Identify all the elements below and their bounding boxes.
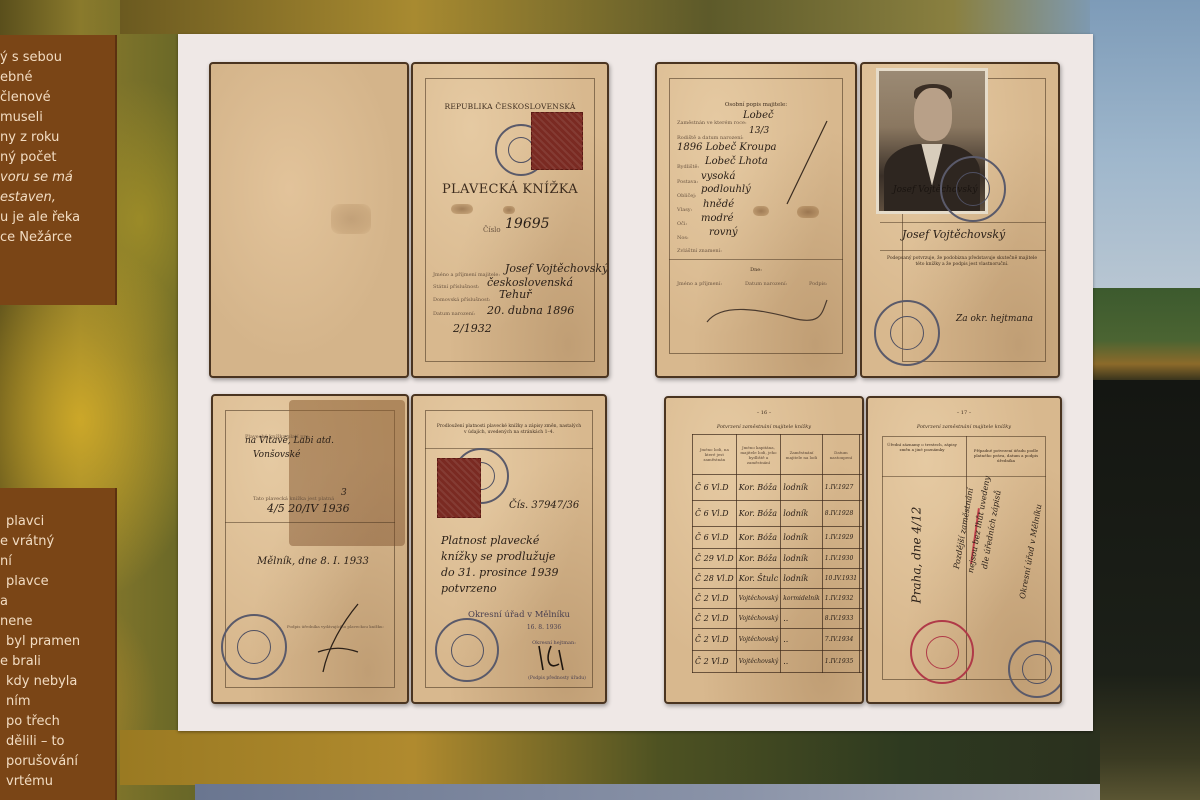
field-value: vysoká xyxy=(701,171,735,182)
text-line: ní xyxy=(0,552,117,572)
field-value: rovný xyxy=(709,227,738,238)
field-label: Vlasy: xyxy=(677,207,692,213)
number-label: Číslo xyxy=(483,226,501,234)
cell: 31.X.1928 xyxy=(860,501,864,527)
cell: 1.IV.1927 xyxy=(822,475,859,501)
field-label: Obličej: xyxy=(677,193,697,199)
background-foliage-top xyxy=(120,0,1100,34)
ledger-heading: Potvrzení zaměstnání majitele knížky xyxy=(666,424,862,430)
text-line: estaven, xyxy=(0,188,117,208)
cell: Č 29 Vl.D xyxy=(693,549,737,569)
cell: Vojtěchovský xyxy=(736,609,781,629)
cell: Č 2 Vl.D xyxy=(693,589,737,609)
text-line: plavci xyxy=(0,512,117,532)
column-header: Datum nastoupení xyxy=(822,435,859,475)
cell: Kor. Bóža xyxy=(736,501,781,527)
booklet-employment-record: – 16 – Potvrzení zaměstnání majitele kní… xyxy=(664,396,1062,704)
photo-id-page: Josef Vojtěchovský Josef Vojtěchovský Po… xyxy=(860,62,1060,378)
validity-duration-value: 3 xyxy=(341,488,347,498)
employment-table: Jméno lodi, na které jest zaměstnán Jmén… xyxy=(692,434,864,673)
text-line: vrtému xyxy=(0,772,117,792)
section-divider xyxy=(880,222,1046,223)
page-number: – 17 – xyxy=(868,410,1060,416)
text-line: plavce xyxy=(0,572,117,592)
page-number: – 16 – xyxy=(666,410,862,416)
text-line: porušování xyxy=(0,752,117,772)
cell: 30.X.1933 xyxy=(860,609,864,629)
water-stain xyxy=(289,400,405,546)
booklet-validity: Plavecká knížka platí pro: na Vltavě, La… xyxy=(211,394,607,704)
field-label-birth: Datum narození: xyxy=(433,311,475,317)
validity-date: 4/5 20/IV 1936 xyxy=(267,502,350,515)
field-value: 13/3 xyxy=(749,126,769,136)
extension-header: Prodloužení platnosti plavecké knížky a … xyxy=(435,424,583,436)
info-text-panel-bottom: plavci e vrátný ní plavce a nene byl pra… xyxy=(0,488,117,800)
table-row: Č 28 Vl.DKor. Štulclodník10.IV.193115.XI… xyxy=(693,569,865,589)
extension-note-line: potvrzeno xyxy=(441,582,497,595)
booklet-personal-details: Osobní popis majitele: Zaměstnán ve kter… xyxy=(655,62,1062,378)
table-row: Č 2 Vl.DVojtěchovskýkormidelník1.IV.1932… xyxy=(693,589,865,609)
cell: .. xyxy=(781,651,822,673)
validity-left-page: Plavecká knížka platí pro: na Vltavě, La… xyxy=(211,394,409,704)
cell: 30.IX.1929 xyxy=(860,527,864,549)
cell: 1.IV.1929 xyxy=(822,527,859,549)
cell: lodník xyxy=(781,549,822,569)
field-label: Zaměstnán ve kterém roce: xyxy=(677,120,747,126)
validity-field-value: Vonšovské xyxy=(253,450,300,460)
office-stamp xyxy=(1008,640,1062,698)
cell: Vojtěchovský xyxy=(736,629,781,651)
table-row: Č 6 Vl.DKor. Bóžalodník1.IV.192730.IX.19… xyxy=(693,475,865,501)
field-value: Lobeč Lhota xyxy=(705,156,768,167)
cell: 31.X.1930 xyxy=(860,549,864,569)
extension-note-line: do 31. prosince 1939 xyxy=(441,566,558,579)
field-label: Postava: xyxy=(677,179,698,185)
field-label: Nos: xyxy=(677,235,689,241)
section-divider xyxy=(425,448,593,449)
office-stamp xyxy=(221,614,287,680)
office-stamp xyxy=(940,156,1006,222)
table-header-row: Jméno lodi, na které jest zaměstnán Jmén… xyxy=(693,435,865,475)
field-label-citizenship: Státní příslušnost: xyxy=(433,284,479,290)
text-line: ebné xyxy=(0,68,117,88)
validity-field-value: na Vltavě, Labi atd. xyxy=(245,436,334,446)
cell: .. xyxy=(781,629,822,651)
cell: Kor. Bóža xyxy=(736,549,781,569)
background-river xyxy=(1090,380,1200,800)
photo-confirmation-text: Podepsaný potvrzuje, že podobizna předst… xyxy=(886,256,1038,268)
column-header: Úřední záznamy o trestech, zápisy změn a… xyxy=(884,442,960,452)
text-line: nene xyxy=(0,612,117,632)
cell: Č 2 Vl.D xyxy=(693,629,737,651)
diagonal-line xyxy=(782,119,832,209)
text-line: u je ale řeka xyxy=(0,208,117,228)
paper-stain xyxy=(753,206,769,216)
field-value: 1896 Lobeč Kroupa xyxy=(677,142,776,153)
text-line: byl pramen xyxy=(0,632,117,652)
field-value-domicile: Tehuř xyxy=(499,288,531,301)
text-line: ny z roku xyxy=(0,128,117,148)
revenue-stamp xyxy=(531,112,583,170)
header-divider xyxy=(882,476,1046,477)
background-bottom-strip xyxy=(195,784,1100,800)
column-header: Jméno kapitána, majitele lodi, jeho bydl… xyxy=(736,435,781,475)
text-line: e brali xyxy=(0,652,117,672)
official-notes-page: – 17 – Potvrzení zaměstnání majitele kní… xyxy=(866,396,1062,704)
chief-signature xyxy=(533,640,573,676)
field-label: Bydliště: xyxy=(677,164,699,170)
red-official-seal xyxy=(910,620,974,684)
cell: Č 2 Vl.D xyxy=(693,609,737,629)
text-line: museli xyxy=(0,108,117,128)
notes-heading: Potvrzení zaměstnání majitele knížky xyxy=(868,424,1060,430)
field-value: modré xyxy=(701,213,734,224)
cell: Kor. Bóža xyxy=(736,475,781,501)
text-line: ce Nežárce xyxy=(0,228,117,248)
field-label: Zvláštní znamení: xyxy=(677,248,722,254)
text-line: ný počet xyxy=(0,148,117,168)
office-stamp xyxy=(874,300,940,366)
field-label: Rodiště a datum narození: xyxy=(677,135,744,141)
office-stamp xyxy=(435,618,499,682)
cell: Č 6 Vl.D xyxy=(693,475,737,501)
section-divider xyxy=(225,522,395,523)
booklet-cover-left-page xyxy=(209,62,409,378)
text-line: ním xyxy=(0,692,117,712)
column-header: Případné potvrzení úřadu podle platného … xyxy=(968,448,1044,463)
column-header: Jméno lodi, na které jest zaměstnán xyxy=(693,435,737,475)
cell: lodník xyxy=(781,569,822,589)
chief-signature-footer: (Podpis přednosty úřadu) xyxy=(509,676,605,681)
cell: .. xyxy=(781,609,822,629)
cell: Č 28 Vl.D xyxy=(693,569,737,589)
extension-reference: Čís. 37947/36 xyxy=(509,500,579,511)
personal-description-page: Osobní popis majitele: Zaměstnán ve kter… xyxy=(655,62,857,378)
footer-label-name: Jméno a příjmení: xyxy=(677,281,722,287)
text-line: po třech xyxy=(0,712,117,732)
background-sky xyxy=(1090,0,1200,290)
cell: Vojtěchovský xyxy=(736,651,781,673)
cell: lodník xyxy=(781,475,822,501)
validity-extension-page: Prodloužení platnosti plavecké knížky a … xyxy=(411,394,607,704)
cell: 1.IV.1930 xyxy=(822,549,859,569)
table-row: Č 2 Vl.DVojtěchovský..7.IV.193431.X.1934 xyxy=(693,629,865,651)
cell: Č 2 Vl.D xyxy=(693,651,737,673)
booklet-reference: 2/1932 xyxy=(453,322,492,335)
paper-stain xyxy=(331,204,371,234)
extension-note-line: knížky se prodlužuje xyxy=(441,550,555,563)
footer-label-date: Dne: xyxy=(657,267,855,273)
booklet-title: PLAVECKÁ KNÍŽKA xyxy=(413,182,607,197)
background-hills xyxy=(1090,288,1200,383)
column-header: Zaměstnání majitele na lodi xyxy=(781,435,822,475)
revenue-stamp xyxy=(437,458,481,518)
field-value-name: Josef Vojtěchovský xyxy=(505,262,608,275)
paper-stain xyxy=(451,204,473,214)
text-line: a xyxy=(0,592,117,612)
booklet-cover-title-page: REPUBLIKA ČESKOSLOVENSKÁ PLAVECKÁ KNÍŽKA… xyxy=(411,62,609,378)
cell: Vojtěchovský xyxy=(736,589,781,609)
handwritten-note-left: Praha, dne 4/12 xyxy=(909,507,923,604)
cell: Č 6 Vl.D xyxy=(693,527,737,549)
cell: 30.X.1935 xyxy=(860,651,864,673)
column-header: Datum vystoupení xyxy=(860,435,864,475)
cell: 15.XI.1931 xyxy=(860,569,864,589)
section-divider xyxy=(880,250,1046,251)
footer-label-signature: Podpis: xyxy=(809,281,827,287)
description-heading: Osobní popis majitele: xyxy=(657,102,855,108)
text-line: voru se má xyxy=(0,168,117,188)
text-line: ý s sebou xyxy=(0,48,117,68)
field-label-domicile: Domovská příslušnost: xyxy=(433,297,490,303)
field-value: hnědé xyxy=(703,199,734,210)
text-line: dělili – to xyxy=(0,732,117,752)
issuing-office-date: 16. 8. 1936 xyxy=(483,624,605,631)
section-divider xyxy=(669,259,843,260)
extension-note-line: Platnost plavecké xyxy=(441,534,539,547)
owner-signature: Josef Vojtěchovský xyxy=(902,228,1005,241)
table-row: Č 2 Vl.DVojtěchovský..1.IV.193530.X.1935 xyxy=(693,651,865,673)
issue-place-date: Mělník, dne 8. I. 1933 xyxy=(257,556,369,567)
booklet-cover: REPUBLIKA ČESKOSLOVENSKÁ PLAVECKÁ KNÍŽKA… xyxy=(209,62,609,378)
info-text-panel-top: ý s sebou ebné členové museli ny z roku … xyxy=(0,35,117,305)
cell: Kor. Štulc xyxy=(736,569,781,589)
cell: 30.IX.1927 xyxy=(860,475,864,501)
text-line: e vrátný xyxy=(0,532,117,552)
cell: Kor. Bóža xyxy=(736,527,781,549)
cell: lodník xyxy=(781,501,822,527)
cell: 7.IV.1934 xyxy=(822,629,859,651)
cell: 10.IV.1931 xyxy=(822,569,859,589)
issuer-signature xyxy=(313,602,373,682)
background-water-reflection xyxy=(120,730,1100,785)
text-line: členové xyxy=(0,88,117,108)
field-label: Oči: xyxy=(677,221,687,227)
cell: 8.IV.1928 xyxy=(822,501,859,527)
booklet-number: 19695 xyxy=(505,216,550,232)
paper-stain xyxy=(503,206,515,214)
cell: lodník xyxy=(781,527,822,549)
field-value-birth: 20. dubna 1896 xyxy=(487,304,574,317)
cell: 31.X.1934 xyxy=(860,629,864,651)
official-signature: Za okr. hejtmana xyxy=(956,314,1033,324)
table-row: Č 6 Vl.DKor. Bóžalodník8.IV.192831.X.192… xyxy=(693,501,865,527)
employment-ledger-page: – 16 – Potvrzení zaměstnání majitele kní… xyxy=(664,396,864,704)
text-line: kdy nebyla xyxy=(0,672,117,692)
table-row: Č 2 Vl.DVojtěchovský..8.IV.193330.X.1933 xyxy=(693,609,865,629)
cell: 8.IV.1933 xyxy=(822,609,859,629)
signature-scrawl xyxy=(702,292,832,332)
table-row: Č 29 Vl.DKor. Bóžalodník1.IV.193031.X.19… xyxy=(693,549,865,569)
cell: 1.IV.1932 xyxy=(822,589,859,609)
cell: 1.IV.1935 xyxy=(822,651,859,673)
cell: Č 6 Vl.D xyxy=(693,501,737,527)
cell: 31.X.1932 xyxy=(860,589,864,609)
field-value: Lobeč xyxy=(743,110,774,121)
republic-header: REPUBLIKA ČESKOSLOVENSKÁ xyxy=(413,102,607,111)
cell: kormidelník xyxy=(781,589,822,609)
footer-label-birth: Datum narození: xyxy=(745,281,787,287)
table-row: Č 6 Vl.DKor. Bóžalodník1.IV.192930.IX.19… xyxy=(693,527,865,549)
field-value: podlouhlý xyxy=(701,184,751,195)
